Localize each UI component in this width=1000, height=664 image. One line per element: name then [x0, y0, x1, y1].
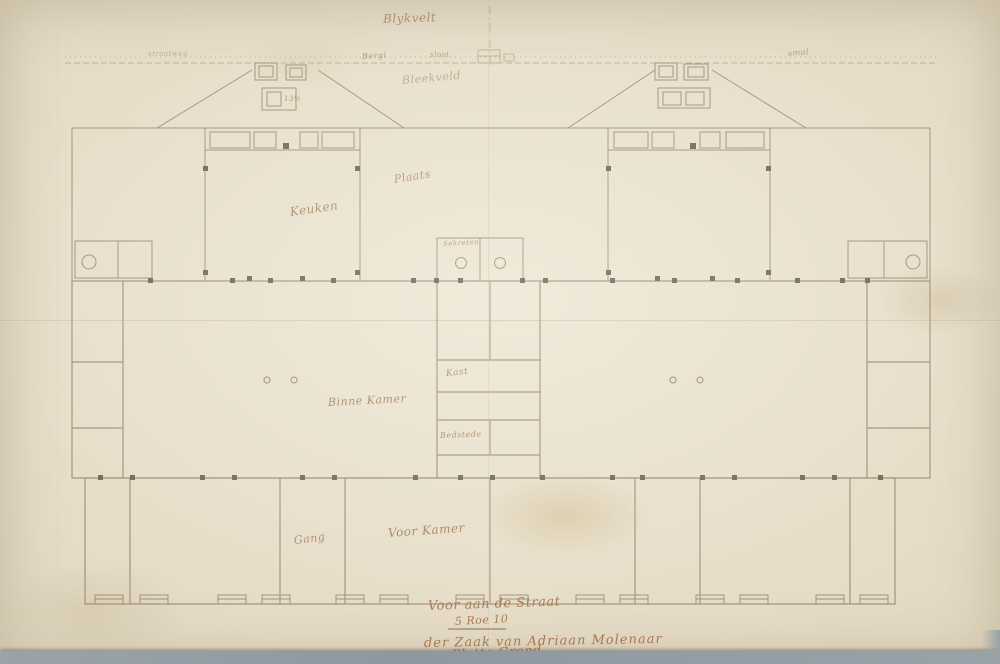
label-top-note: Blykvelt	[383, 10, 437, 26]
rear-block-left	[157, 63, 404, 128]
rear-block-right	[568, 63, 806, 128]
street-line	[65, 6, 938, 68]
label-bedstede: Bedstede	[440, 430, 482, 440]
label-street-tiny-center: sloot	[430, 51, 450, 59]
plan-linework	[0, 0, 1000, 664]
main-dwelling-band	[72, 281, 930, 478]
label-chimney-note: 13½	[284, 95, 301, 103]
label-street-tiny-right: smal	[788, 48, 810, 58]
kitchen-right-room	[608, 128, 770, 281]
shed-right	[848, 241, 927, 278]
scanned-floor-plan: Blykvelt straatweg Bergl sloot smal Blee…	[0, 0, 1000, 664]
footer-measurement: 5 Roe 10	[455, 612, 509, 628]
backing-board-edge	[0, 651, 1000, 664]
label-street-tiny-mid: Bergl	[362, 51, 387, 61]
backing-board-corner	[982, 630, 1000, 664]
front-room-band	[85, 478, 895, 604]
label-street-tiny-left: straatweg	[148, 50, 188, 58]
shed-left	[75, 241, 152, 278]
